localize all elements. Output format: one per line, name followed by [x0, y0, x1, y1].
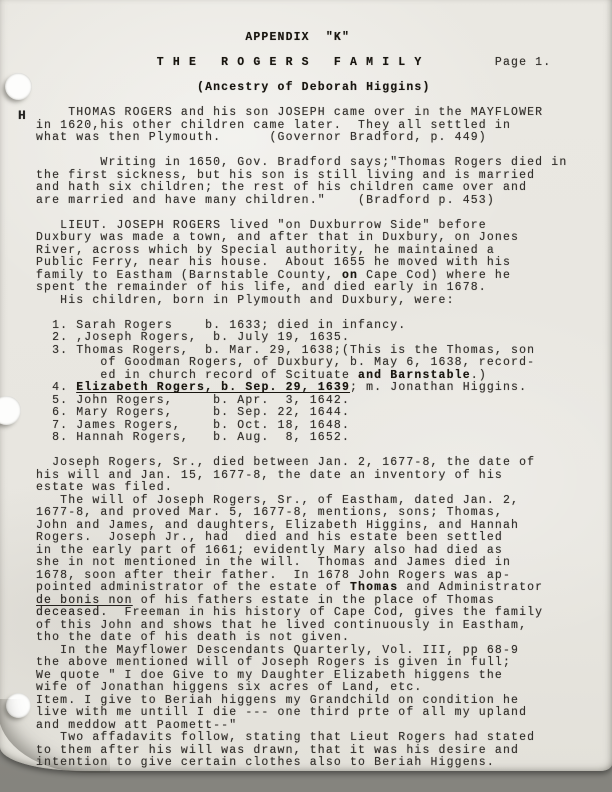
punch-hole-middle-icon	[0, 396, 21, 425]
document-line: 8. Hannah Rogers, b. Aug. 8, 1652.	[36, 432, 612, 445]
document-line: His children, born in Plymouth and Duxbu…	[36, 295, 612, 308]
document-page: H APPENDIX "K" T H E R O G E R S F A M I…	[0, 0, 612, 771]
scan-background: H APPENDIX "K" T H E R O G E R S F A M I…	[0, 0, 612, 792]
margin-stamp: H	[18, 108, 26, 123]
document-line: intention to give certain clothes also t…	[36, 757, 612, 770]
document-line: APPENDIX "K"	[36, 32, 612, 45]
page-corner-curl	[0, 699, 110, 773]
document-line: what was then Plymouth. (Governor Bradfo…	[36, 132, 612, 145]
document-line: (Ancestry of Deborah Higgins)	[36, 82, 612, 95]
document-line: T H E R O G E R S F A M I L Y Page 1.	[36, 57, 612, 70]
document-line: are married and have many children." (Br…	[36, 195, 612, 208]
punch-hole-top-icon	[5, 73, 32, 100]
typewritten-text-block: APPENDIX "K" T H E R O G E R S F A M I L…	[36, 32, 612, 770]
